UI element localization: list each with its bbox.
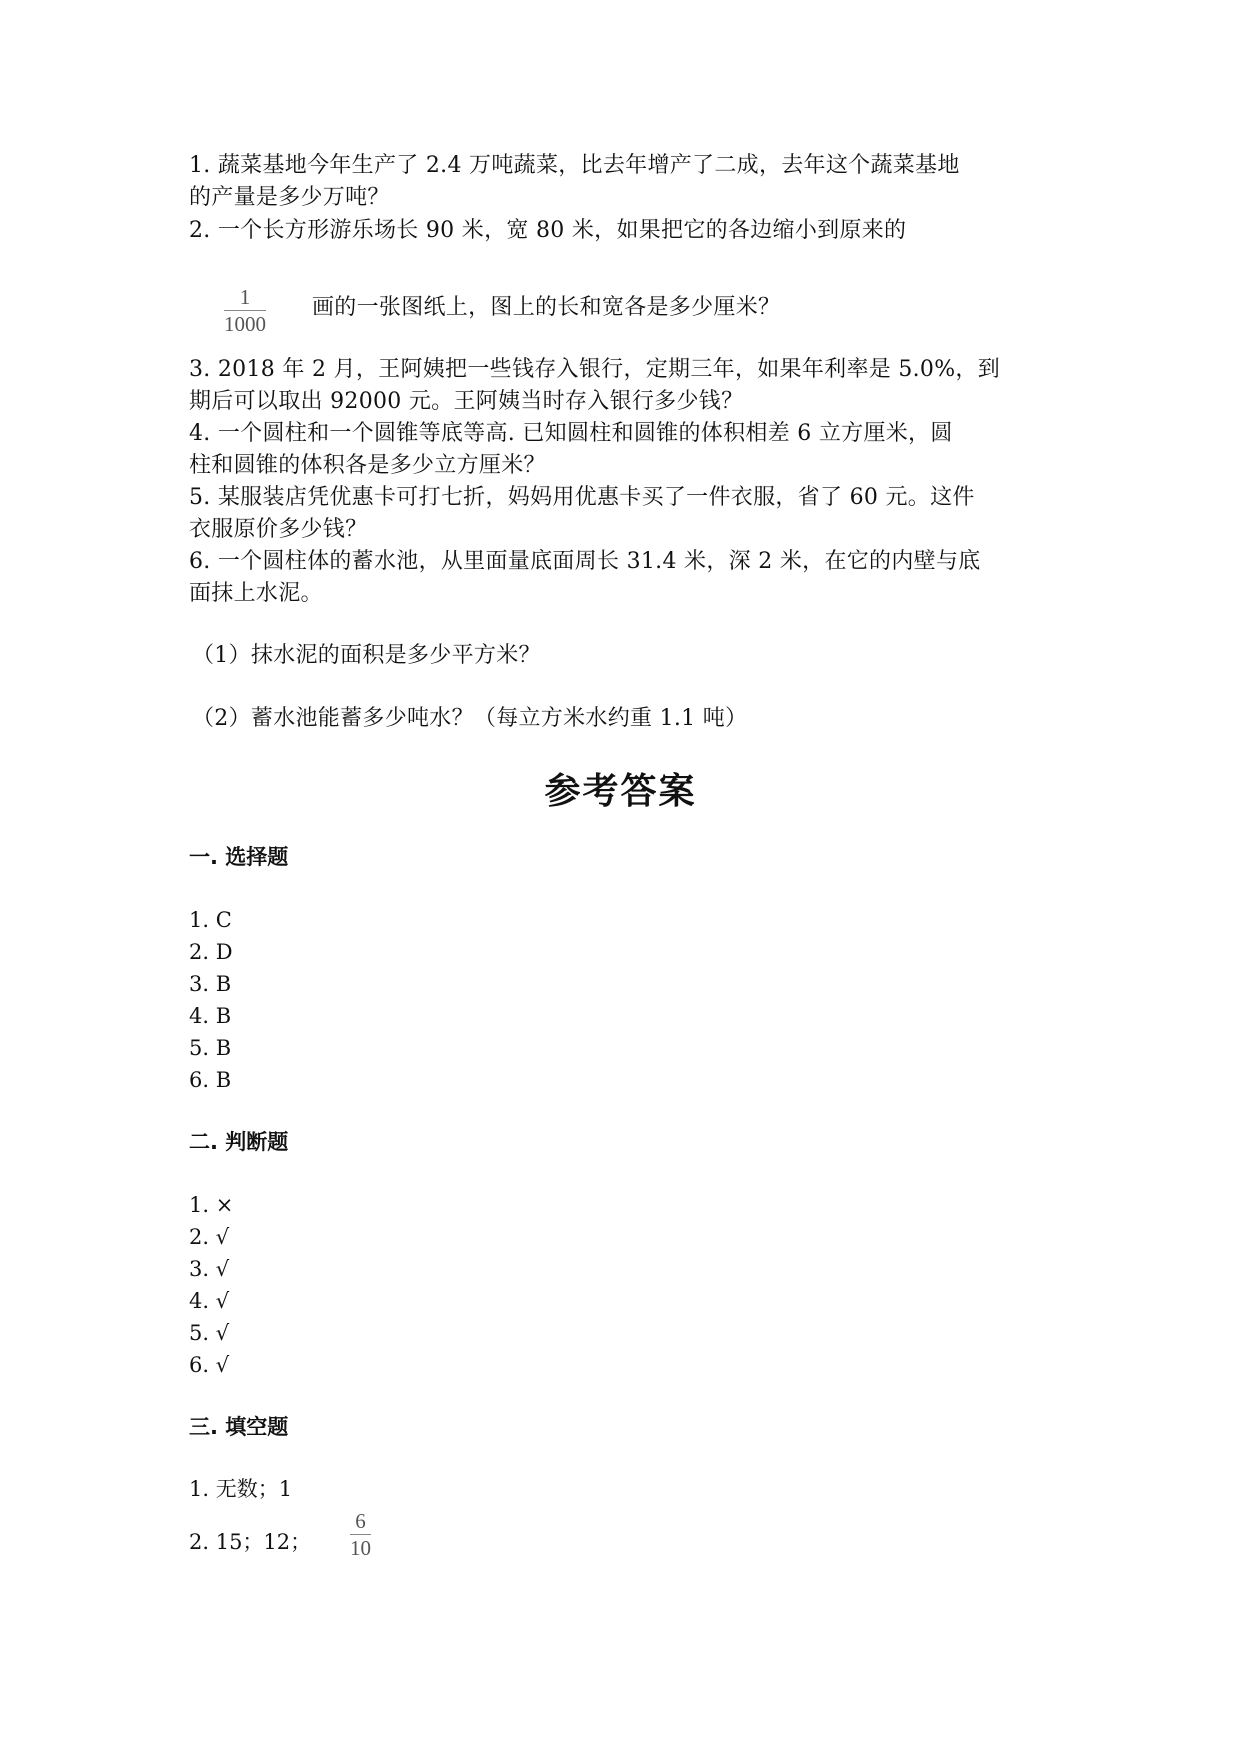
question-2-line-1: 2. 一个长方形游乐场长 90 米，宽 80 米，如果把它的各边缩小到原来的 [189,215,906,247]
section-1-answer: 5. B [189,1033,231,1063]
question-6-sub-2: （2）蓄水池能蓄多少吨水？（每立方米水约重 1.1 吨） [192,703,747,735]
section-3-answer-fraction: 6 10 [350,1510,371,1559]
fraction-numerator: 6 [355,1510,366,1532]
question-6-line-2: 面抹上水泥。 [189,578,323,610]
question-3-line-2: 期后可以取出 92000 元。王阿姨当时存入银行多少钱？ [189,386,743,418]
question-4-line-1: 4. 一个圆柱和一个圆锥等底等高. 已知圆柱和圆锥的体积相差 6 立方厘米，圆 [189,418,953,450]
section-1-answer: 4. B [189,1001,231,1031]
section-1-answer: 2. D [189,937,233,967]
question-2-fraction: 1 1000 [224,286,266,335]
section-1-heading: 一. 选择题 [189,842,288,872]
question-6-line-1: 6. 一个圆柱体的蓄水池，从里面量底面周长 31.4 米，深 2 米，在它的内壁… [189,546,981,578]
section-2-answer: 2. √ [189,1222,229,1252]
answers-title: 参考答案 [0,770,1241,814]
question-4-line-2: 柱和圆锥的体积各是多少立方厘米？ [189,450,546,482]
fraction-denominator: 1000 [224,313,266,335]
fraction-numerator: 1 [240,286,251,308]
question-2-line-2: 画的一张图纸上，图上的长和宽各是多少厘米？ [312,292,780,324]
question-6-sub-1: （1）抹水泥的面积是多少平方米？ [192,640,541,672]
section-3-heading: 三. 填空题 [189,1412,288,1442]
section-2-answer: 5. √ [189,1318,229,1348]
fraction-bar [350,1534,371,1535]
section-1-answer: 3. B [189,969,231,999]
question-1-line-1: 1. 蔬菜基地今年生产了 2.4 万吨蔬菜，比去年增产了二成，去年这个蔬菜基地 [189,150,960,182]
section-2-answer: 1. × [189,1190,233,1220]
section-2-answer: 4. √ [189,1286,229,1316]
section-1-answer: 6. B [189,1065,231,1095]
document-page: 1. 蔬菜基地今年生产了 2.4 万吨蔬菜，比去年增产了二成，去年这个蔬菜基地 … [0,0,1241,1755]
question-1-line-2: 的产量是多少万吨？ [189,182,390,214]
fraction-denominator: 10 [350,1537,371,1559]
section-3-answer: 2. 15；12； [189,1527,311,1557]
section-1-answer: 1. C [189,905,232,935]
section-3-answer: 1. 无数；1 [189,1474,292,1504]
question-3-line-1: 3. 2018 年 2 月，王阿姨把一些钱存入银行，定期三年，如果年利率是 5.… [189,354,1000,386]
question-5-line-2: 衣服原价多少钱？ [189,514,367,546]
section-2-answer: 6. √ [189,1350,229,1380]
section-2-heading: 二. 判断题 [189,1127,288,1157]
fraction-bar [224,310,266,311]
section-2-answer: 3. √ [189,1254,229,1284]
question-5-line-1: 5. 某服装店凭优惠卡可打七折，妈妈用优惠卡买了一件衣服，省了 60 元。这件 [189,482,975,514]
